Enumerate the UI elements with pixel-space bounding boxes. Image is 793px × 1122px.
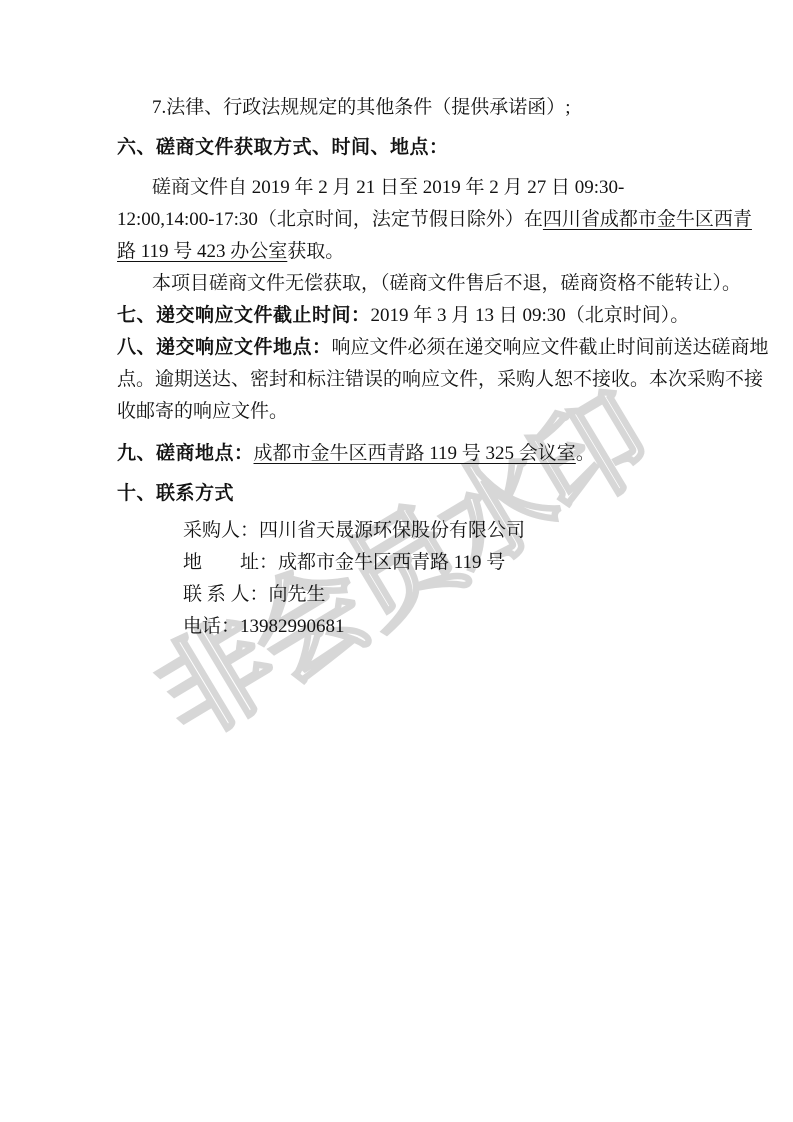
deadline-text: 2019 年 3 月 13 日 09:30（北京时间）。 xyxy=(371,305,690,326)
section-8-line3: 收邮寄的响应文件。 xyxy=(117,396,717,428)
para-text: 。 xyxy=(576,443,595,464)
para-text: 本项目磋商文件无偿获取，（磋商文件售后不退，磋商资格不能转让）。 xyxy=(152,273,741,294)
contact-buyer-line: 采购人：四川省天晟源环保股份有限公司 xyxy=(117,515,717,547)
section-heading-9-text: 九、磋商地点： xyxy=(117,443,254,464)
section6-para1-line2: 12:00,14:00-17:30（北京时间，法定节假日除外）在四川省成都市金牛… xyxy=(117,204,717,236)
section-8-line2: 点。逾期送达、密封和标注错误的响应文件，采购人恕不接收。本次采购不接 xyxy=(117,364,717,396)
underlined-pickup-address: 路 119 号 423 办公室 xyxy=(117,241,287,262)
section-heading-7-text: 七、递交响应文件截止时间： xyxy=(117,305,371,326)
section-heading-8-text: 八、递交响应文件地点： xyxy=(117,337,332,358)
contact-person-text: 联 系 人：向先生 xyxy=(183,584,326,605)
para-text: 响应文件必须在递交响应文件截止时间前送达磋商地 xyxy=(332,337,769,358)
section-heading-6-text: 六、磋商文件获取方式、时间、地点： xyxy=(117,137,449,158)
section6-para1-line1: 磋商文件自 2019 年 2 月 21 日至 2019 年 2 月 27 日 0… xyxy=(117,172,717,204)
list-item-7: 7.法律、行政法规规定的其他条件（提供承诺函）; xyxy=(117,92,717,124)
para-text: 收邮寄的响应文件。 xyxy=(117,401,288,422)
section6-para1-line3: 路 119 号 423 办公室获取。 xyxy=(117,236,717,268)
list-item-7-text: 7.法律、行政法规规定的其他条件（提供承诺函）; xyxy=(152,97,571,118)
underlined-meeting-address: 成都市金牛区西青路 119 号 325 会议室 xyxy=(254,443,576,464)
section-heading-6: 六、磋商文件获取方式、时间、地点： xyxy=(117,132,717,164)
contact-phone-line: 电话：13982990681 xyxy=(117,611,717,643)
section-heading-10-text: 十、联系方式 xyxy=(117,483,234,504)
section-8-line1: 八、递交响应文件地点：响应文件必须在递交响应文件截止时间前送达磋商地 xyxy=(117,332,717,364)
para-text: 点。逾期送达、密封和标注错误的响应文件，采购人恕不接收。本次采购不接 xyxy=(117,369,763,390)
contact-address-text: 地 址：成都市金牛区西青路 119 号 xyxy=(183,552,505,573)
contact-buyer-text: 采购人：四川省天晟源环保股份有限公司 xyxy=(183,520,525,541)
para-text: 12:00,14:00-17:30（北京时间，法定节假日除外）在 xyxy=(117,209,543,230)
contact-phone-text: 电话：13982990681 xyxy=(183,616,345,637)
para-text: 获取。 xyxy=(287,241,344,262)
section6-para2: 本项目磋商文件无偿获取，（磋商文件售后不退，磋商资格不能转让）。 xyxy=(117,268,717,300)
section-9-line: 九、磋商地点：成都市金牛区西青路 119 号 325 会议室。 xyxy=(117,438,717,470)
para-text: 磋商文件自 2019 年 2 月 21 日至 2019 年 2 月 27 日 0… xyxy=(152,177,624,198)
section-7-line: 七、递交响应文件截止时间：2019 年 3 月 13 日 09:30（北京时间）… xyxy=(117,300,717,332)
contact-person-line: 联 系 人：向先生 xyxy=(117,579,717,611)
section-heading-10: 十、联系方式 xyxy=(117,478,717,510)
contact-address-line: 地 址：成都市金牛区西青路 119 号 xyxy=(117,547,717,579)
underlined-pickup-address: 四川省成都市金牛区西青 xyxy=(543,209,752,230)
document-content: 7.法律、行政法规规定的其他条件（提供承诺函）; 六、磋商文件获取方式、时间、地… xyxy=(117,92,717,643)
document-page: { "page": { "width": 793, "height": 1122… xyxy=(0,0,793,1122)
